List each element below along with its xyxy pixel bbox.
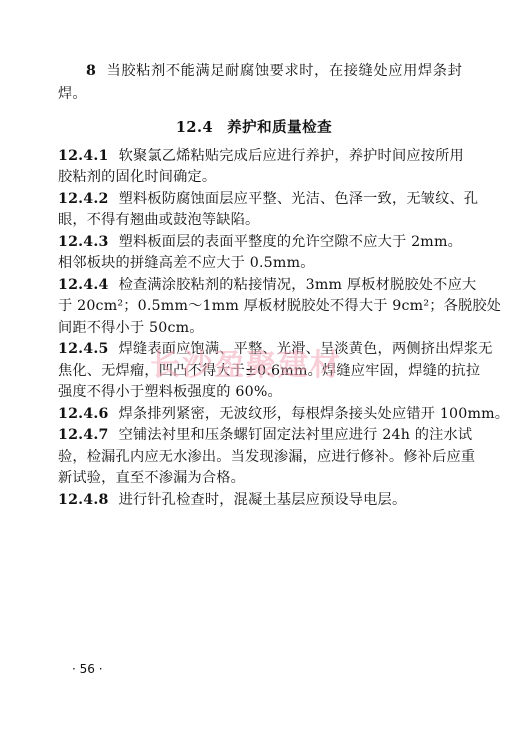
clause-text: 进行针孔检查时，混凝土基层应预设导电层。: [119, 492, 407, 508]
clause-12-4-1-line-2: 胶粘剂的固化时间确定。: [58, 167, 462, 189]
clause-number: 12.4.8: [58, 492, 109, 508]
clause-12-4-6-line-1: 12.4.6焊条排列紧密，无波纹形，每根焊条接头处应错开 100mm。: [58, 404, 462, 426]
section-title: 养护和质量检查: [227, 119, 332, 136]
page-number: · 56 ·: [72, 662, 103, 676]
item-8-line-2: 焊。: [58, 84, 462, 106]
clause-text: 空铺法衬里和压条螺钉固定法衬里应进行 24h 的注水试: [119, 427, 473, 443]
document-page: 8当胶粘剂不能满足耐腐蚀要求时，在接缝处应用焊条封 焊。 12.4养护和质量检查…: [0, 0, 508, 735]
clause-12-4-4-line-2: 于 20cm²；0.5mm～1mm 厚板材脱胶处不得大于 9cm²；各脱胶处: [58, 296, 462, 318]
clause-number: 12.4.3: [58, 234, 109, 250]
clause-12-4-5-line-2: 焦化、无焊瘤，凹凸不得大于±0.6mm。焊缝应牢固，焊缝的抗拉: [58, 361, 462, 383]
clause-text: 检查满涂胶粘剂的粘接情况，3mm 厚板材脱胶处不应大: [119, 277, 477, 293]
item-8-line-1: 8当胶粘剂不能满足耐腐蚀要求时，在接缝处应用焊条封: [86, 61, 462, 83]
clause-12-4-7-line-2: 验，检漏孔内应无水渗出。当发现渗漏，应进行修补。修补后应重: [58, 447, 462, 469]
clause-number: 12.4.7: [58, 427, 109, 443]
clause-12-4-4-line-1: 12.4.4检查满涂胶粘剂的粘接情况，3mm 厚板材脱胶处不应大: [58, 275, 462, 297]
clause-text: 软聚氯乙烯粘贴完成后应进行养护，养护时间应按所用: [119, 148, 464, 164]
clause-12-4-7-line-1: 12.4.7空铺法衬里和压条螺钉固定法衬里应进行 24h 的注水试: [58, 425, 462, 447]
clause-12-4-4-line-3: 间距不得小于 50cm。: [58, 318, 462, 340]
item-text: 当胶粘剂不能满足耐腐蚀要求时，在接缝处应用焊条封: [106, 63, 462, 79]
clause-12-4-3-line-1: 12.4.3塑料板面层的表面平整度的允许空隙不应大于 2mm。: [58, 232, 462, 254]
clause-12-4-7-line-3: 新试验，直至不渗漏为合格。: [58, 468, 462, 490]
clause-text: 塑料板防腐蚀面层应平整、光洁、色泽一致，无皱纹、孔: [119, 191, 479, 207]
clause-number: 12.4.1: [58, 148, 109, 164]
clause-text: 焊条排列紧密，无波纹形，每根焊条接头处应错开 100mm。: [119, 406, 508, 422]
clause-12-4-5-line-1: 12.4.5焊缝表面应饱满、平整、光滑、呈淡黄色，两侧挤出焊浆无: [58, 339, 462, 361]
clause-number: 12.4.2: [58, 191, 109, 207]
section-number: 12.4: [176, 119, 213, 136]
clause-12-4-5-line-3: 强度不得小于塑料板强度的 60%。: [58, 382, 462, 404]
clause-12-4-1-line-1: 12.4.1软聚氯乙烯粘贴完成后应进行养护，养护时间应按所用: [58, 146, 462, 168]
clause-text: 塑料板面层的表面平整度的允许空隙不应大于 2mm。: [119, 234, 462, 250]
clause-number: 12.4.4: [58, 277, 109, 293]
clause-12-4-2-line-1: 12.4.2塑料板防腐蚀面层应平整、光洁、色泽一致，无皱纹、孔: [58, 189, 462, 211]
clause-number: 12.4.6: [58, 406, 109, 422]
item-number: 8: [86, 63, 96, 79]
clause-12-4-8-line-1: 12.4.8进行针孔检查时，混凝土基层应预设导电层。: [58, 490, 462, 512]
clause-number: 12.4.5: [58, 341, 109, 357]
clause-12-4-2-line-2: 眼，不得有翘曲或鼓泡等缺陷。: [58, 210, 462, 232]
clause-12-4-3-line-2: 相邻板块的拼缝高差不应大于 0.5mm。: [58, 253, 462, 275]
section-heading: 12.4养护和质量检查: [0, 116, 508, 137]
clause-text: 焊缝表面应饱满、平整、光滑、呈淡黄色，两侧挤出焊浆无: [119, 341, 493, 357]
